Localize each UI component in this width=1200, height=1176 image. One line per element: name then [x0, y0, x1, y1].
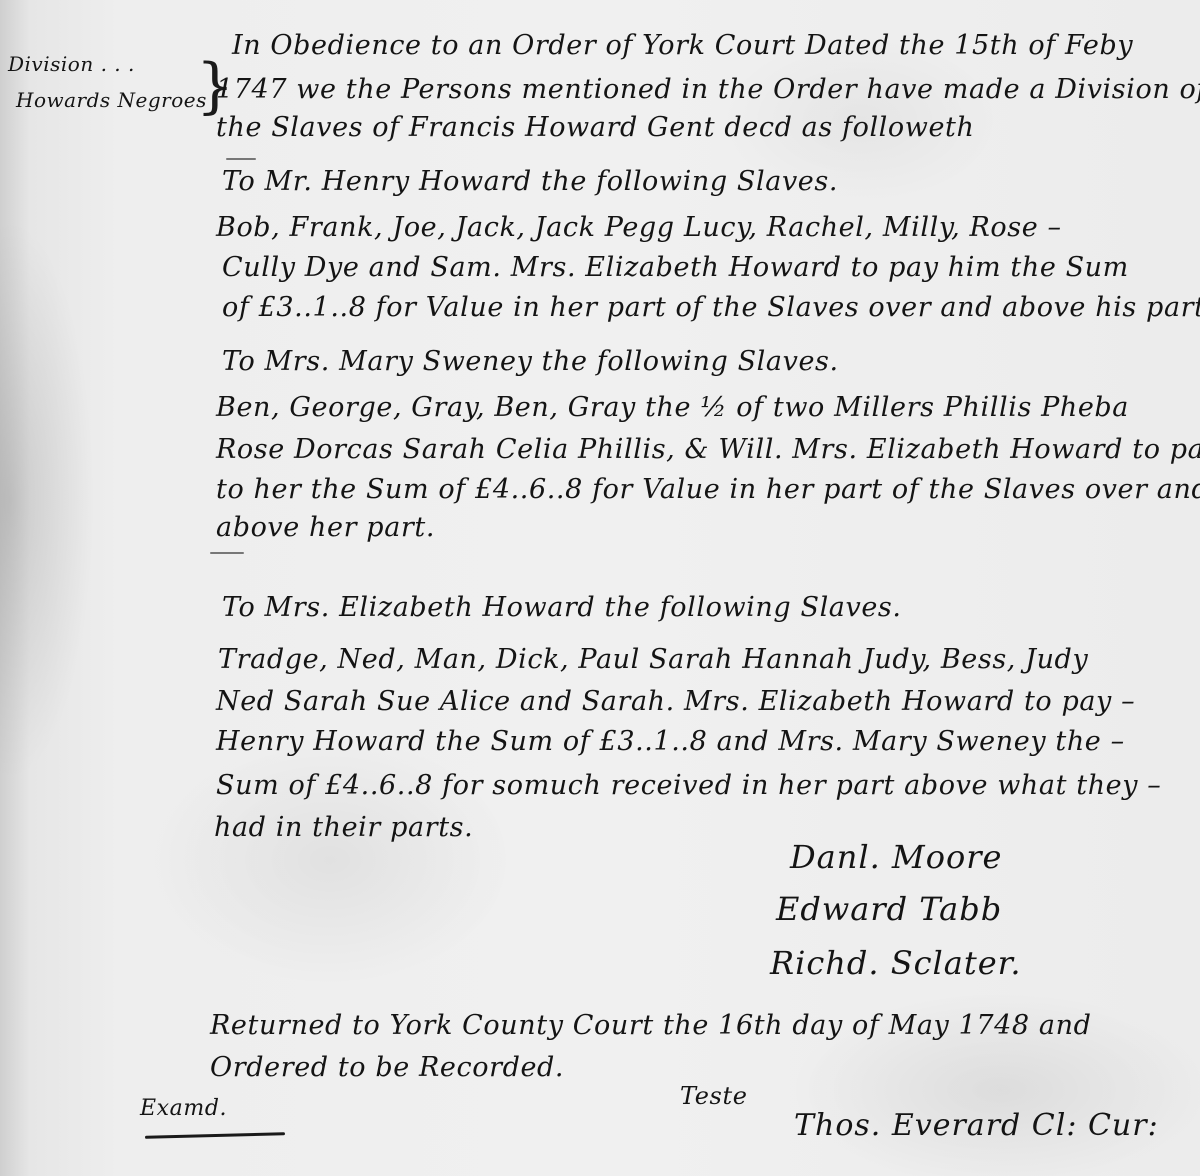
section-elizabeth-line-4: Sum of £4..6..8 for somuch received in h…	[216, 770, 1161, 801]
section-elizabeth-line-5: had in their parts.	[214, 812, 473, 843]
exam-underline	[145, 1132, 285, 1139]
preamble-line-3: the Slaves of Francis Howard Gent decd a…	[216, 112, 975, 143]
signature-richd-sclater: Richd. Sclater.	[770, 944, 1022, 982]
clerk-signature: Thos. Everard Cl: Cur:	[794, 1108, 1159, 1143]
section-mary-line-1: Ben, George, Gray, Ben, Gray the ½ of tw…	[216, 392, 1129, 423]
section-henry-line-2: Cully Dye and Sam. Mrs. Elizabeth Howard…	[222, 252, 1129, 283]
signature-danl-moore: Danl. Moore	[790, 838, 1002, 876]
section-elizabeth-line-3: Henry Howard the Sum of £3..1..8 and Mrs…	[216, 726, 1125, 757]
section-heading-elizabeth-howard: To Mrs. Elizabeth Howard the following S…	[222, 592, 902, 623]
section-mary-line-2: Rose Dorcas Sarah Celia Phillis, & Will.…	[216, 434, 1200, 465]
section-elizabeth-line-1: Tradge, Ned, Man, Dick, Paul Sarah Hanna…	[218, 644, 1088, 675]
return-note-line-1: Returned to York County Court the 16th d…	[210, 1010, 1091, 1041]
teste-label: Teste	[680, 1082, 748, 1110]
section-mary-line-4: above her part.	[216, 512, 435, 543]
margin-note-division: Division . . .	[8, 52, 135, 76]
return-note-line-2: Ordered to be Recorded.	[210, 1052, 564, 1083]
flourish-mark	[210, 552, 244, 554]
manuscript-page: Division . . . Howards Negroes } In Obed…	[0, 0, 1200, 1176]
exam-note: Examd.	[140, 1096, 227, 1121]
section-henry-line-1: Bob, Frank, Joe, Jack, Jack Pegg Lucy, R…	[216, 212, 1062, 243]
margin-note-howards-negroes: Howards Negroes	[16, 88, 207, 112]
section-heading-henry-howard: To Mr. Henry Howard the following Slaves…	[222, 166, 838, 197]
section-heading-mary-sweney: To Mrs. Mary Sweney the following Slaves…	[222, 346, 839, 377]
signature-edward-tabb: Edward Tabb	[776, 890, 1002, 928]
preamble-line-1: In Obedience to an Order of York Court D…	[232, 30, 1133, 61]
section-elizabeth-line-2: Ned Sarah Sue Alice and Sarah. Mrs. Eliz…	[216, 686, 1135, 717]
section-mary-line-3: to her the Sum of £4..6..8 for Value in …	[216, 474, 1200, 505]
preamble-line-2: 1747 we the Persons mentioned in the Ord…	[216, 74, 1200, 105]
section-henry-line-3: of £3..1..8 for Value in her part of the…	[222, 292, 1200, 323]
flourish-mark	[226, 158, 256, 160]
